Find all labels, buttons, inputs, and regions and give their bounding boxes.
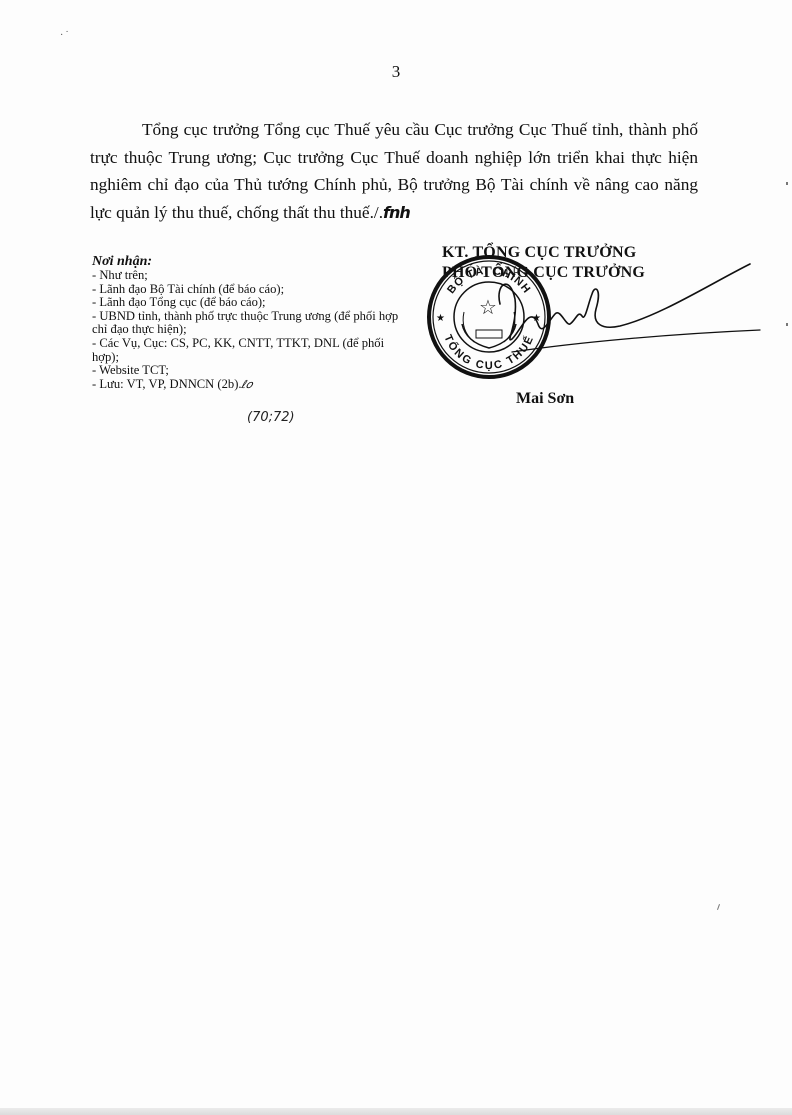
handwritten-signature-icon xyxy=(420,244,780,384)
body-paragraph: Tổng cục trưởng Tổng cục Thuế yêu cầu Cụ… xyxy=(90,116,698,226)
recipient-item: - Như trên; xyxy=(92,269,412,283)
signer-name: Mai Sơn xyxy=(516,390,574,408)
scan-artifact-mark: ·˙ xyxy=(60,30,71,41)
recipients-block: Nơi nhận: - Như trên; - Lãnh đạo Bộ Tài … xyxy=(92,254,412,391)
signature-block: KT. TỔNG CỤC TRƯỞNG PHÓ TỔNG CỤC TRƯỞNG … xyxy=(420,244,780,424)
recipient-item: - Lưu: VT, VP, DNNCN (2b).ℓo xyxy=(92,378,412,392)
page-number: 3 xyxy=(0,62,792,82)
handwritten-note: (70;72) xyxy=(247,410,295,425)
recipients-list: - Như trên; - Lãnh đạo Bộ Tài chính (để … xyxy=(92,269,412,391)
recipient-item: - Lãnh đạo Tổng cục (để báo cáo); xyxy=(92,296,412,310)
scan-speck xyxy=(717,904,720,910)
handwritten-initials: fnh xyxy=(383,203,410,222)
recipient-item: - Website TCT; xyxy=(92,364,412,378)
recipient-item-text: - Lưu: VT, VP, DNNCN (2b). xyxy=(92,377,242,391)
recipient-item: - Lãnh đạo Bộ Tài chính (để báo cáo); xyxy=(92,283,412,297)
recipient-item: - UBND tỉnh, thành phố trực thuộc Trung … xyxy=(92,310,412,337)
document-page: ·˙ 3 Tổng cục trưởng Tổng cục Thuế yêu c… xyxy=(0,0,792,1108)
recipients-title: Nơi nhận: xyxy=(92,254,412,269)
page-bottom-edge xyxy=(0,1108,792,1115)
scan-speck xyxy=(786,323,788,326)
recipient-item: - Các Vụ, Cục: CS, PC, KK, CNTT, TTKT, D… xyxy=(92,337,412,364)
scan-speck xyxy=(786,182,788,185)
